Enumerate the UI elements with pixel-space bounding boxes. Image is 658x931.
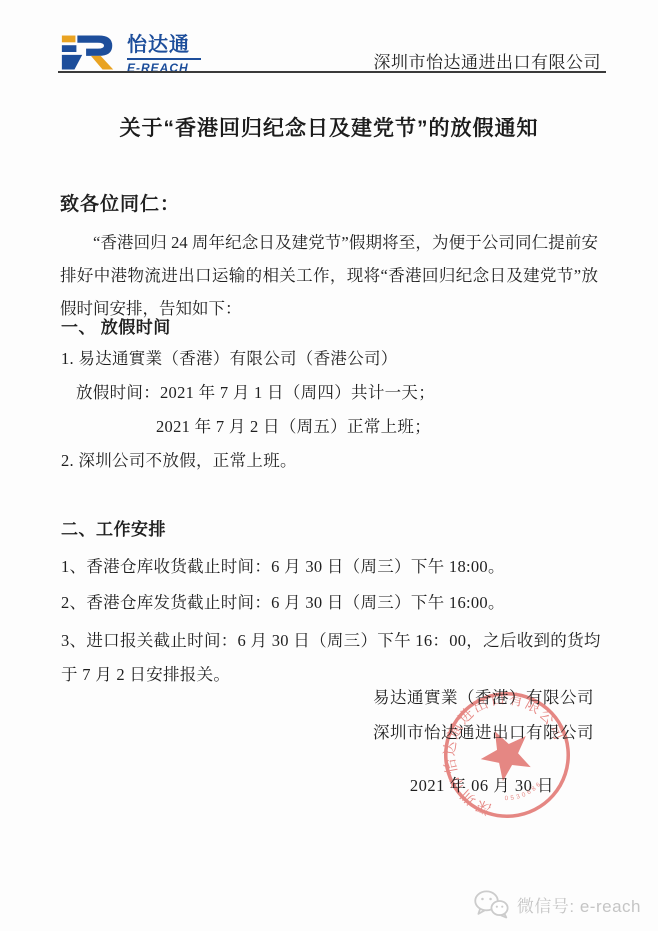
section1-item1: 1. 易达通實業（香港）有限公司（香港公司） (61, 345, 398, 369)
section2-item3: 3、进口报关截止时间：6 月 30 日（周三）下午 16：00，之后收到的货均于… (61, 624, 601, 692)
logo-text: 怡达通 E-REACH (127, 34, 201, 75)
signature-company2: 深圳市怡达通进出口有限公司 (373, 719, 594, 743)
signature-date: 2021 年 06 月 30 日 (410, 772, 554, 796)
header-company-name: 深圳市怡达通进出口有限公司 (374, 48, 602, 73)
logo-separator-line (127, 58, 201, 60)
wechat-watermark: 微信号: e-reach (473, 889, 641, 919)
company-logo: 怡达通 E-REACH (58, 30, 201, 75)
notice-document-page: 怡达通 E-REACH 深圳市怡达通进出口有限公司 关于“香港回归纪念日及建党节… (0, 0, 658, 931)
section2-item2: 2、香港仓库发货截止时间：6 月 30 日（周三）下午 16:00。 (61, 589, 505, 613)
section1-heading: 一、 放假时间 (61, 313, 171, 338)
wechat-icon (473, 889, 509, 919)
signature-company1: 易达通實業（香港）有限公司 (373, 684, 594, 708)
logo-cn-name: 怡达通 (127, 34, 201, 56)
section2-heading: 二、工作安排 (61, 515, 166, 540)
header-divider (58, 71, 606, 73)
section1-item2: 2. 深圳公司不放假，正常上班。 (61, 447, 297, 471)
section1-holiday-line1: 放假时间：2021 年 7 月 1 日（周四）共计一天； (76, 379, 435, 403)
intro-paragraph: “香港回归 24 周年纪念日及建党节”假期将至，为便于公司同仁提前安排好中港物流… (60, 226, 598, 325)
section1-holiday-line2: 2021 年 7 月 2 日（周五）正常上班； (156, 413, 431, 437)
salutation: 致各位同仁： (60, 189, 180, 216)
wechat-id-label: 微信号: e-reach (517, 892, 641, 917)
page-title: 关于“香港回归纪念日及建党节”的放假通知 (0, 112, 658, 142)
section2-item1: 1、香港仓库收货截止时间：6 月 30 日（周三）下午 18:00。 (61, 553, 505, 577)
logo-er-monogram-icon (58, 30, 120, 74)
